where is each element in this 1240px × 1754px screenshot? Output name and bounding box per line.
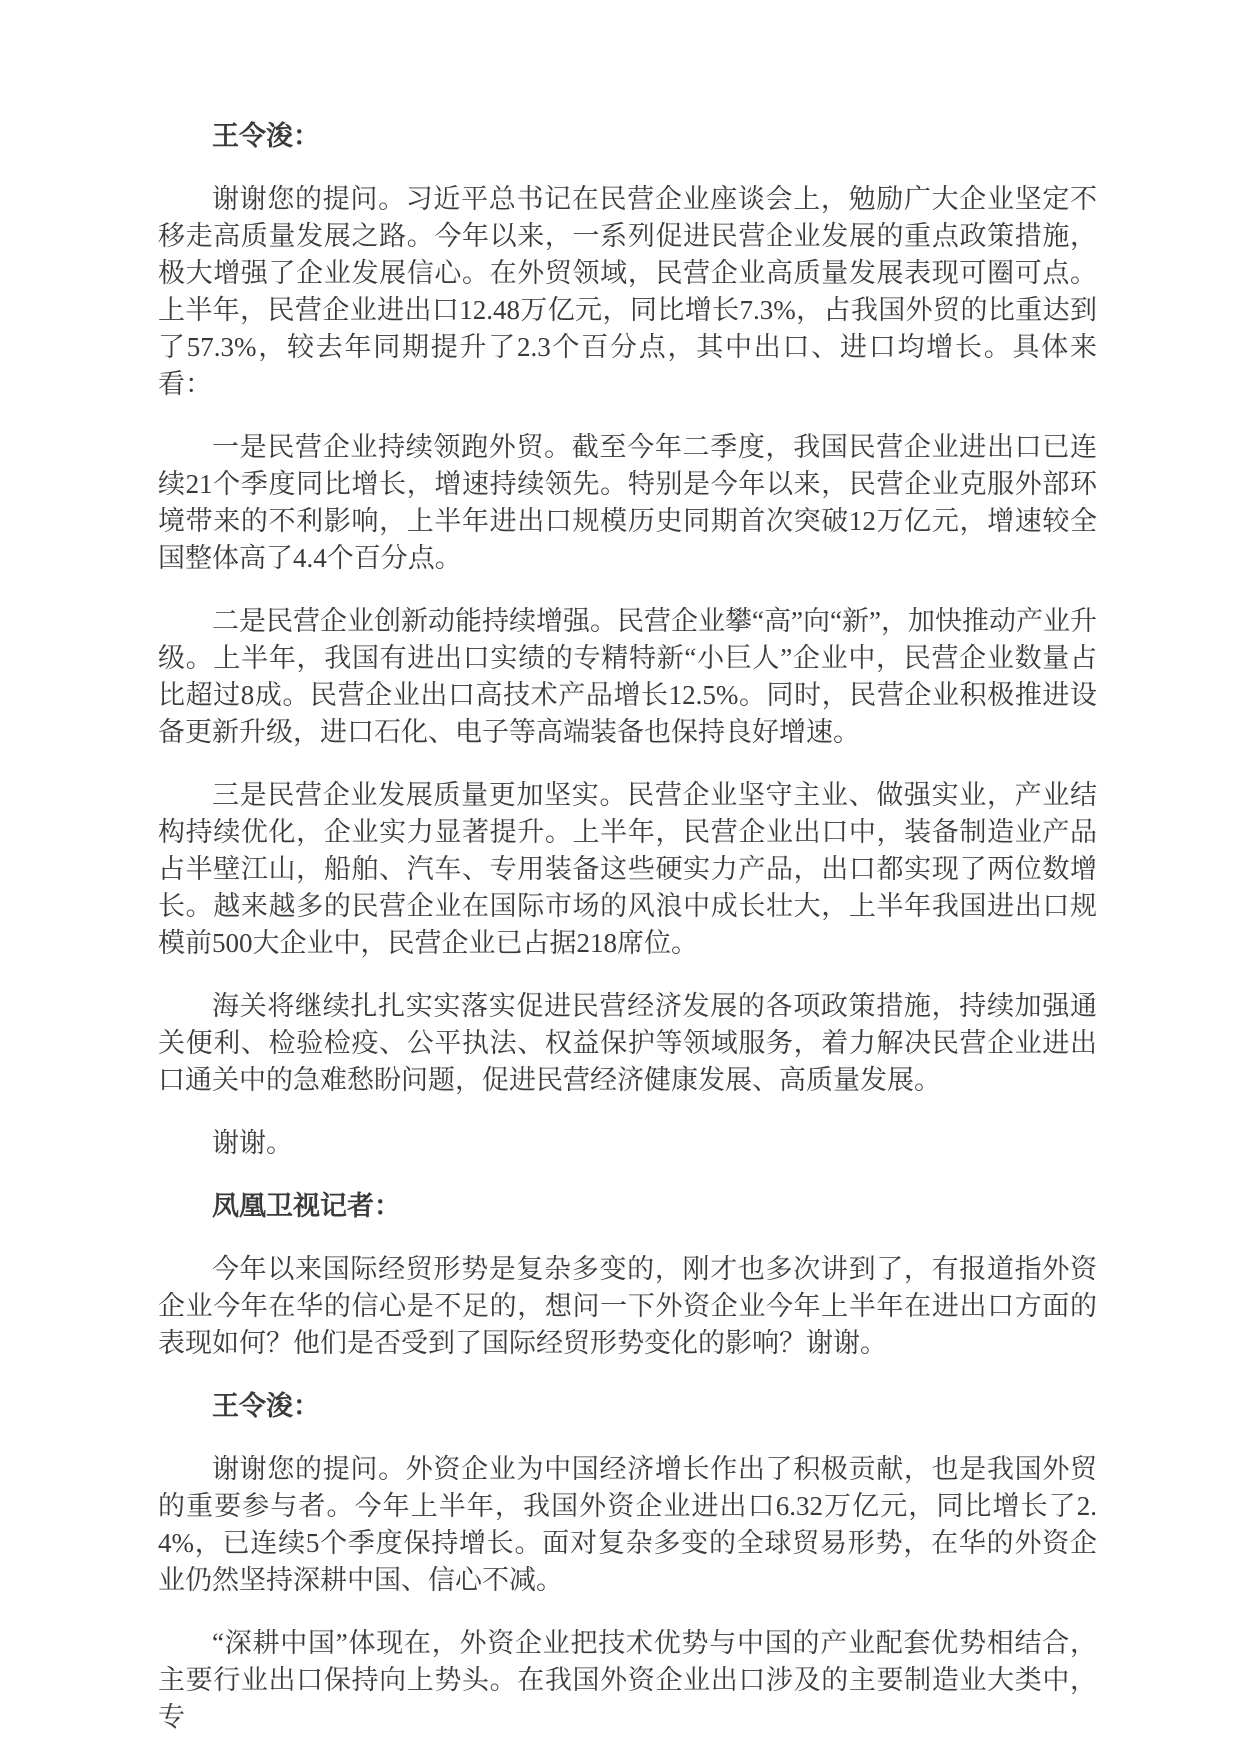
transcript-paragraph: 一是民营企业持续领跑外贸。截至今年二季度，我国民营企业进出口已连续21个季度同比… [158,429,1097,577]
transcript-paragraph: 今年以来国际经贸形势是复杂多变的，刚才也多次讲到了，有报道指外资企业今年在华的信… [158,1251,1097,1362]
transcript-paragraph: 三是民营企业发展质量更加坚实。民营企业坚守主业、做强实业，产业结构持续优化，企业… [158,777,1097,962]
transcript-paragraph: 二是民营企业创新动能持续增强。民营企业攀“高”向“新”，加快推动产业升级。上半年… [158,603,1097,751]
transcript-paragraph: 谢谢。 [158,1125,1097,1162]
transcript-paragraph: 海关将继续扎扎实实落实促进民营经济发展的各项政策措施，持续加强通关便利、检验检疫… [158,988,1097,1099]
speaker-name: 王令浚： [158,118,1097,155]
transcript-paragraph: 谢谢您的提问。习近平总书记在民营企业座谈会上，勉励广大企业坚定不移走高质量发展之… [158,181,1097,403]
transcript-content: 王令浚：谢谢您的提问。习近平总书记在民营企业座谈会上，勉励广大企业坚定不移走高质… [158,118,1097,1736]
speaker-name: 王令浚： [158,1388,1097,1425]
transcript-paragraph: “深耕中国”体现在，外资企业把技术优势与中国的产业配套优势相结合，主要行业出口保… [158,1625,1097,1736]
speaker-name: 凤凰卫视记者： [158,1188,1097,1225]
document-page: 王令浚：谢谢您的提问。习近平总书记在民营企业座谈会上，勉励广大企业坚定不移走高质… [0,0,1240,1754]
transcript-paragraph: 谢谢您的提问。外资企业为中国经济增长作出了积极贡献，也是我国外贸的重要参与者。今… [158,1451,1097,1599]
